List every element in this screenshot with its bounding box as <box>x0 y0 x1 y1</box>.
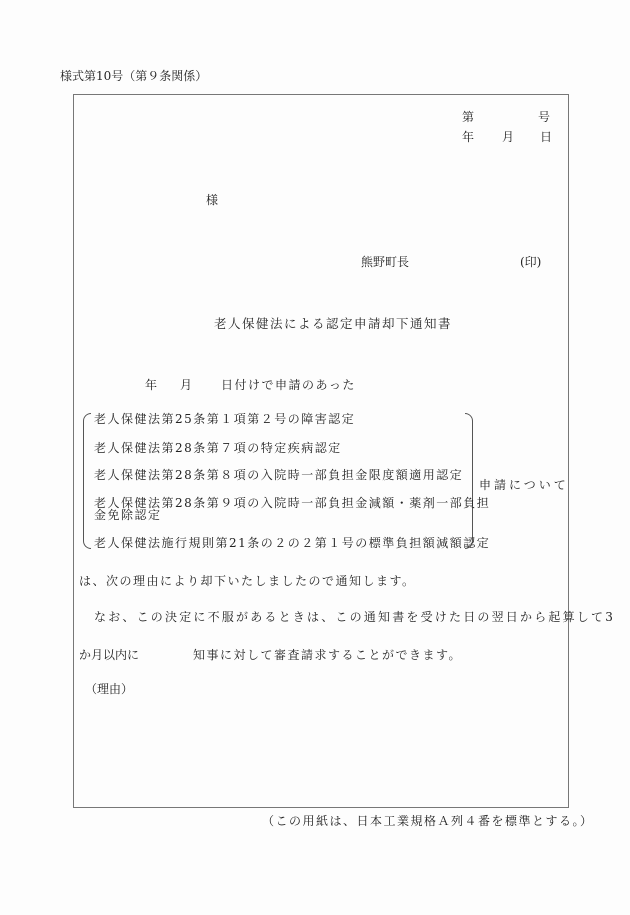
application-date-text: 日付けで申請のあった <box>221 379 356 391</box>
footer-note: （この用紙は、日本工業規格Ａ列４番を標準とする。） <box>262 815 594 827</box>
right-bracket <box>465 413 473 549</box>
application-type-2: 老人保健法第28条第７項の特定疾病認定 <box>94 442 342 454</box>
form-label: 様式第10号（第９条関係） <box>60 70 207 82</box>
application-type-3: 老人保健法第28条第８項の入院時一部負担金限度額適用認定 <box>94 469 463 481</box>
body-line-1: は、次の理由により却下いたしましたので通知します。 <box>79 575 416 587</box>
left-bracket <box>83 413 91 549</box>
application-suffix: 申請について <box>479 479 569 491</box>
document-title: 老人保健法による認定申請却下通知書 <box>214 318 452 331</box>
reason-label: （理由） <box>85 683 133 695</box>
issuer-name: 熊野町長 <box>361 256 409 268</box>
application-month: 月 <box>180 379 192 391</box>
date-month: 月 <box>502 131 514 143</box>
number-suffix: 号 <box>538 111 550 123</box>
body-line-3a: か月以内に <box>79 649 139 661</box>
application-type-4-cont: 金免除認定 <box>94 509 162 521</box>
addressee-suffix: 様 <box>206 194 218 206</box>
application-type-5: 老人保健法施行規則第21条の２の２第１号の標準負担額減額認定 <box>94 537 490 549</box>
body-line-2: なお、この決定に不服があるときは、この通知書を受けた日の翌日から起算して3 <box>94 611 615 623</box>
date-day: 日 <box>540 131 552 143</box>
date-year: 年 <box>462 131 474 143</box>
issuer-seal: (印) <box>520 256 541 268</box>
application-year: 年 <box>145 379 157 391</box>
application-type-1: 老人保健法第25条第１項第２号の障害認定 <box>94 413 355 425</box>
body-line-3b: 知事に対して審査請求することができます。 <box>193 649 462 661</box>
number-prefix: 第 <box>462 111 474 123</box>
